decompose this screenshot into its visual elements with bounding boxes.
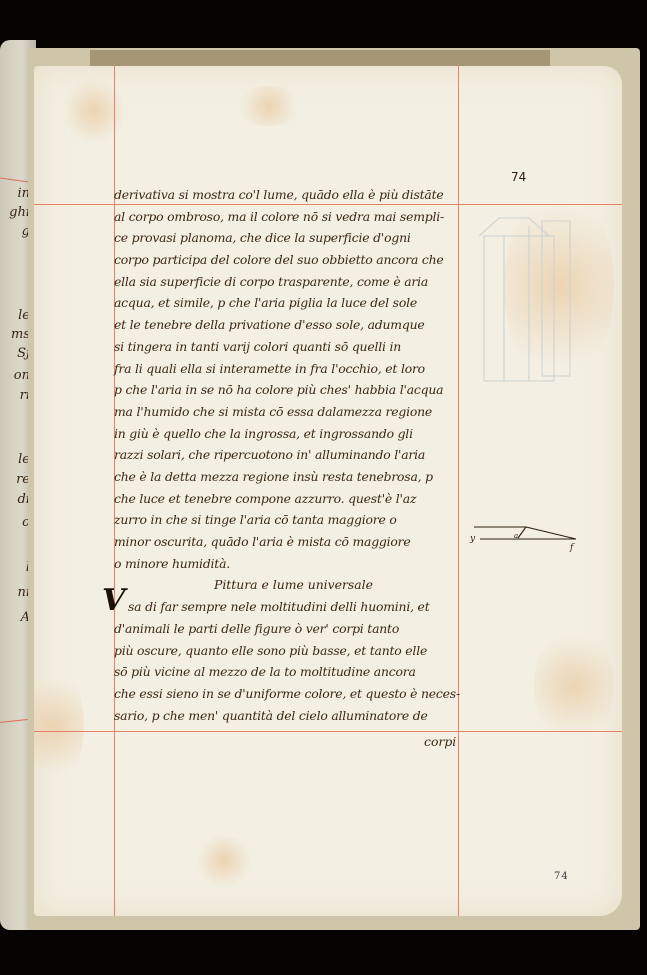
- text-line: et le tenebre della privatione d'esso so…: [114, 314, 464, 336]
- text-line: p che l'aria in se nō ha colore più ches…: [114, 379, 464, 401]
- foxing-stain: [34, 666, 84, 786]
- drop-cap-initial: V: [102, 590, 125, 612]
- text-line: d'animali le parti delle figure ò ver' c…: [114, 618, 464, 640]
- text-line: più oscure, quanto elle sono più basse, …: [114, 640, 464, 662]
- foxing-stain: [194, 836, 254, 886]
- text-line: fra li quali ella si interamette in fra …: [114, 358, 464, 380]
- diagram-label-a: a: [514, 532, 518, 540]
- text-line: ella sia superficie di corpo trasparente…: [114, 271, 464, 293]
- text-line: che essi sieno in se d'uniforme colore, …: [114, 683, 464, 705]
- text-line: ce provasi planoma, che dice la superfic…: [114, 227, 464, 249]
- text-line: al corpo ombroso, ma il colore nō si ved…: [114, 206, 464, 228]
- foxing-stain: [534, 626, 614, 746]
- foxing-stain: [234, 86, 304, 126]
- catchword: corpi: [424, 734, 456, 749]
- margin-triangle-diagram: y a f: [466, 521, 586, 555]
- text-line: in giù è quello che la ingrossa, et ingr…: [114, 423, 464, 445]
- text-line: ma l'humido che si mista cō essa dalamez…: [114, 401, 464, 423]
- faint-sketch: [474, 216, 584, 386]
- text-line-with-initial: V sa di far sempre nele moltitudini dell…: [114, 596, 464, 618]
- main-text-block: derivativa si mostra co'l lume, quādo el…: [114, 184, 464, 727]
- diagram-label-f: f: [569, 543, 575, 553]
- text-line: derivativa si mostra co'l lume, quādo el…: [114, 184, 464, 206]
- text-line: razzi solari, che ripercuotono in' allum…: [114, 444, 464, 466]
- folio-number: 74: [511, 170, 526, 184]
- text-line: sario, p che men' quantità del cielo all…: [114, 705, 464, 727]
- text-line: che luce et tenebre compone azzurro. que…: [114, 488, 464, 510]
- section-heading: Pittura e lume universale: [114, 574, 464, 596]
- text-line: che è la detta mezza regione insù resta …: [114, 466, 464, 488]
- text-line: sō più vicine al mezzo de la to moltitud…: [114, 661, 464, 683]
- text-line: o minore humidità.: [114, 553, 464, 575]
- folio-stamp: 74: [554, 871, 569, 882]
- manuscript-page: 74 y a f derivativa si mostra co'l lume,…: [34, 66, 622, 916]
- text-line: si tingera in tanti varij colori quanti …: [114, 336, 464, 358]
- text-line: corpo participa del colore del suo obbie…: [114, 249, 464, 271]
- text-line: acqua, et simile, p che l'aria piglia la…: [114, 292, 464, 314]
- red-rule-bottom: [34, 731, 622, 732]
- diagram-label-y: y: [469, 534, 476, 544]
- text-line: zurro in che si tinge l'aria cō tanta ma…: [114, 509, 464, 531]
- text-line: sa di far sempre nele moltitudini delli …: [114, 599, 429, 614]
- foxing-stain: [64, 76, 124, 146]
- text-line: minor oscurita, quādo l'aria è mista cō …: [114, 531, 464, 553]
